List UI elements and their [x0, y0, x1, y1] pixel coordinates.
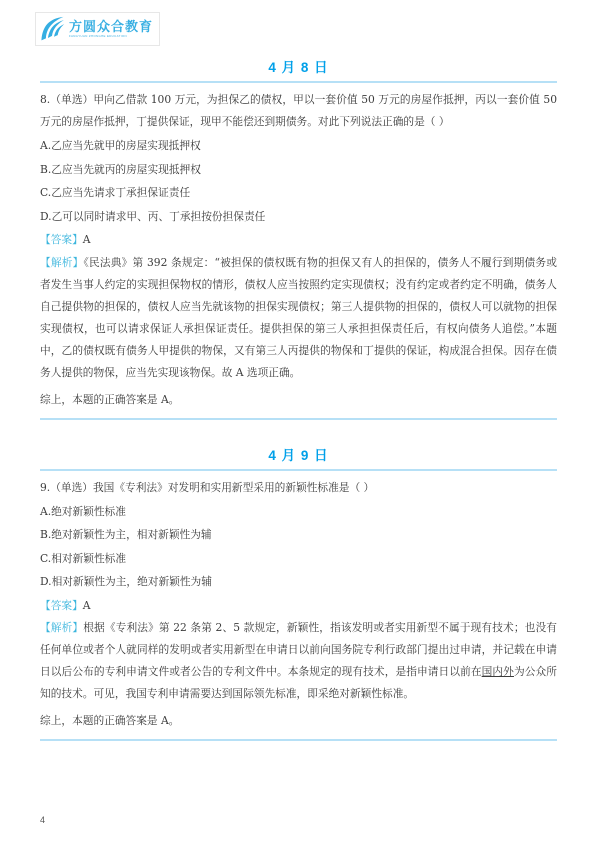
analysis-text: 根据《专利法》第 22 条第 2、5 款规定，新颖性，指该发明或者实用新型不属于…: [40, 621, 557, 678]
answer-value: A: [83, 599, 91, 612]
divider: [40, 81, 557, 83]
divider: [40, 469, 557, 471]
logo-name: 方圆众合教育: [69, 20, 153, 33]
options-list: A.乙应当先就甲的房屋实现抵押权 B.乙应当先就丙的房屋实现抵押权 C.乙应当先…: [40, 134, 557, 228]
option-b: B.乙应当先就丙的房屋实现抵押权: [40, 158, 557, 182]
option-c: C.乙应当先请求丁承担保证责任: [40, 181, 557, 205]
option-c: C.相对新颖性标准: [40, 547, 557, 571]
logo-text: 方圆众合教育 FANGYUAN ZHONGHE EDUCATION: [69, 20, 153, 39]
options-list: A.绝对新颖性标准 B.绝对新颖性为主，相对新颖性为辅 C.相对新颖性标准 D.…: [40, 500, 557, 594]
analysis-paragraph: 【解析】根据《专利法》第 22 条第 2、5 款规定，新颖性，指该发明或者实用新…: [40, 617, 557, 705]
option-b: B.绝对新颖性为主，相对新颖性为辅: [40, 523, 557, 547]
answer-line: 【答案】A: [40, 594, 557, 618]
answer-value: A: [83, 233, 91, 246]
answer-label: 【答案】: [40, 233, 83, 246]
divider: [40, 418, 557, 420]
answer-label: 【答案】: [40, 599, 83, 612]
question-stem: 9.（单选）我国《专利法》对发明和实用新型采用的新颖性标准是（ ）: [40, 477, 557, 499]
analysis-paragraph: 【解析】《民法典》第 392 条规定：“被担保的债权既有物的担保又有人的担保的，…: [40, 252, 557, 384]
option-a: A.乙应当先就甲的房屋实现抵押权: [40, 134, 557, 158]
question-stem: 8.（单选）甲向乙借款 100 万元，为担保乙的债权，甲以一套价值 50 万元的…: [40, 89, 557, 133]
option-a: A.绝对新颖性标准: [40, 500, 557, 524]
conclusion-line: 综上，本题的正确答案是 A。: [40, 710, 557, 732]
date-heading: 4 月 9 日: [40, 444, 557, 464]
divider: [40, 739, 557, 741]
page-footer: 4: [40, 815, 45, 825]
option-d: D.相对新颖性为主，绝对新颖性为辅: [40, 570, 557, 594]
logo: 方圆众合教育 FANGYUAN ZHONGHE EDUCATION: [35, 12, 160, 46]
logo-swoosh-icon: [39, 16, 65, 42]
analysis-label: 【解析】: [40, 621, 83, 634]
section-april-9: 4 月 9 日 9.（单选）我国《专利法》对发明和实用新型采用的新颖性标准是（ …: [40, 444, 557, 742]
section-april-8: 4 月 8 日 8.（单选）甲向乙借款 100 万元，为担保乙的债权，甲以一套价…: [40, 56, 557, 420]
answer-line: 【答案】A: [40, 228, 557, 252]
date-heading: 4 月 8 日: [40, 56, 557, 76]
analysis-underlined-text: 国内外: [482, 665, 514, 678]
logo-subtitle: FANGYUAN ZHONGHE EDUCATION: [69, 35, 129, 38]
option-d: D.乙可以同时请求甲、丙、丁承担按份担保责任: [40, 205, 557, 229]
document-page: 方圆众合教育 FANGYUAN ZHONGHE EDUCATION 4 月 8 …: [0, 0, 596, 741]
analysis-text: 《民法典》第 392 条规定：“被担保的债权既有物的担保又有人的担保的，债务人不…: [40, 256, 557, 379]
analysis-label: 【解析】: [40, 256, 84, 269]
page-number: 4: [40, 815, 45, 825]
conclusion-line: 综上，本题的正确答案是 A。: [40, 389, 557, 411]
